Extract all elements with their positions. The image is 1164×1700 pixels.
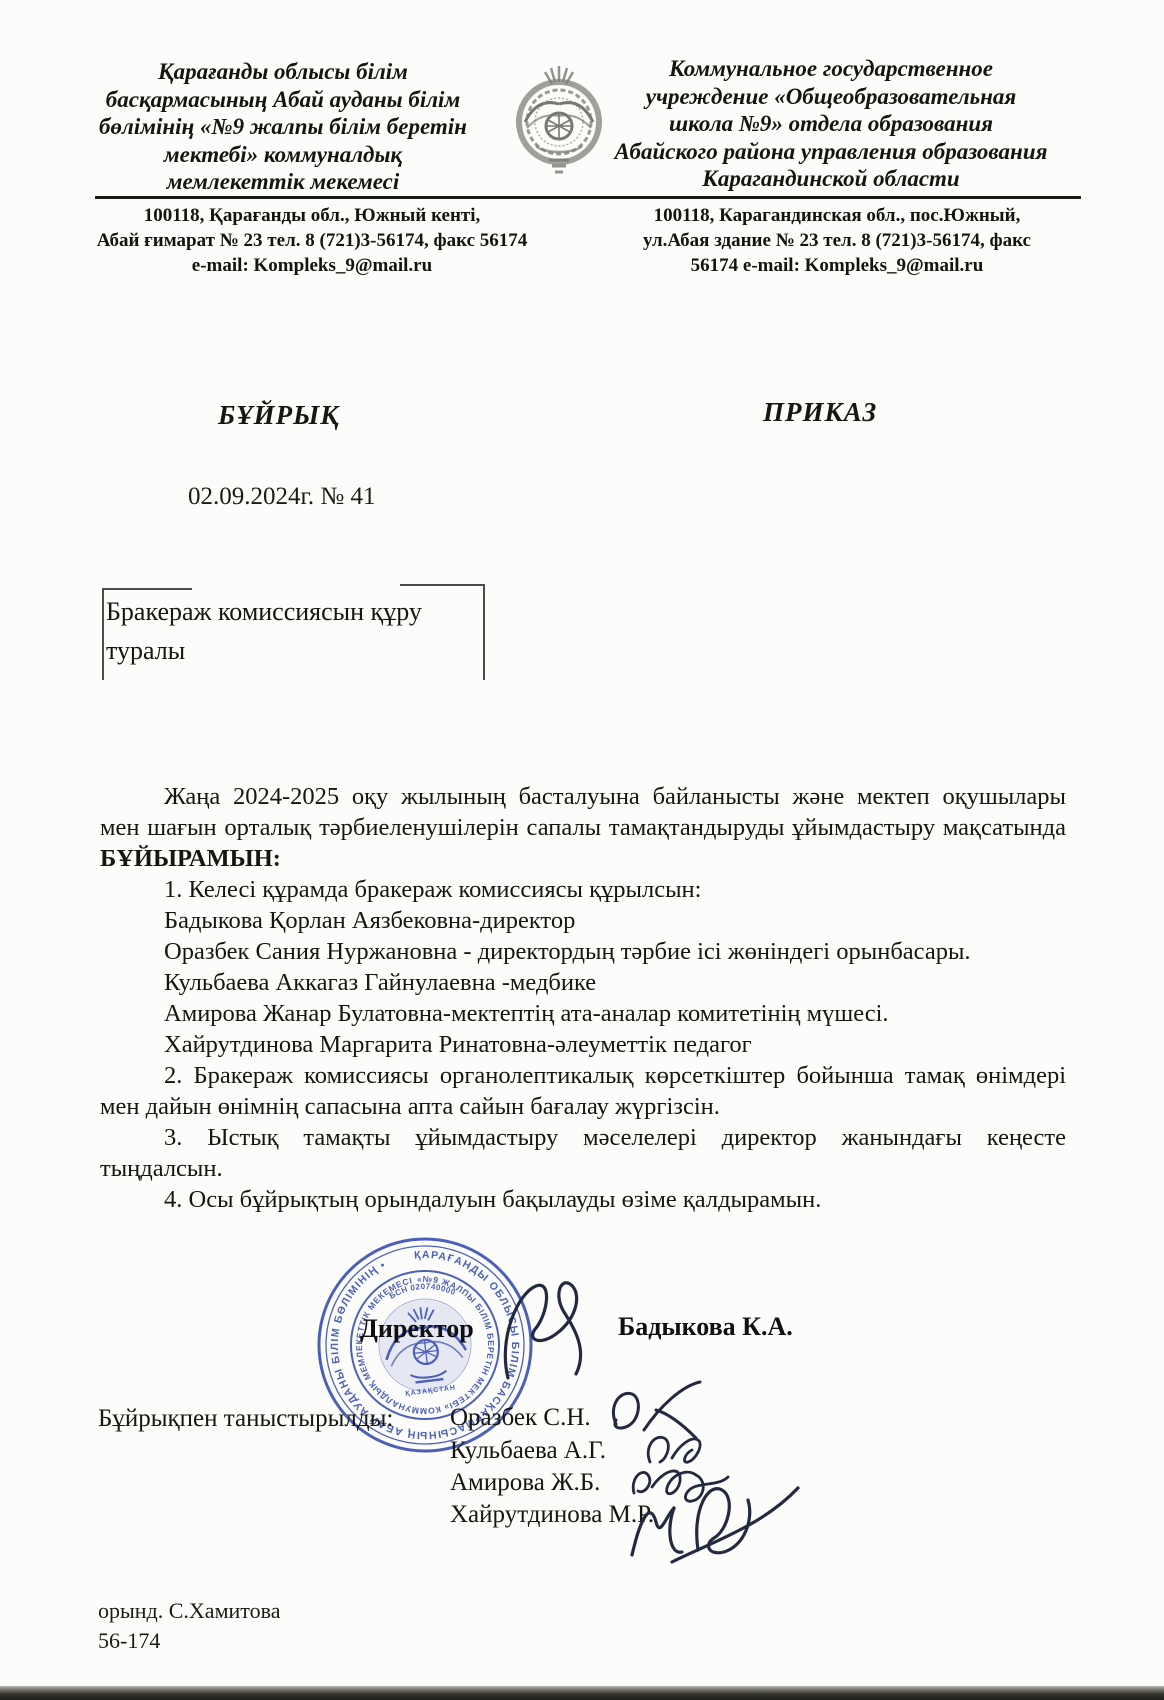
order-subject-line: Бракераж комиссиясын құру [106,592,478,631]
org-address-russian: 100118, Карагандинская обл., пос.Южный, … [598,203,1076,278]
org-name-russian-line: учреждение «Общеобразовательная [585,83,1077,111]
org-address-russian-line: ул.Абая здание № 23 тел. 8 (721)3-56174,… [598,228,1076,253]
org-name-russian-line: Карагандинской области [585,165,1077,193]
subject-box-line [102,588,192,590]
body-line: 1. Келесі құрамда бракераж комиссиясы құ… [100,874,1066,905]
org-address-russian-line: 56174 e-mail: Kompleks_9@mail.ru [598,253,1076,278]
acquainted-name: Оразбек С.Н. [450,1404,591,1432]
acquainted-label: Бұйрықпен таныстырылды: [98,1405,393,1433]
subject-box-line [400,584,485,586]
executor-phone: 56-174 [98,1628,160,1654]
org-name-kazakh-line: Қарағанды облысы білім [92,58,474,86]
body-line: 4. Осы бұйрықтың орындалуын бақылауды өз… [100,1184,1066,1215]
order-date-number: 02.09.2024г. № 41 [188,483,376,511]
order-subject: Бракераж комиссиясын құру туралы [106,592,478,670]
order-title-russian: ПРИКАЗ [763,397,877,428]
org-address-kazakh: 100118, Қарағанды обл., Южный кенті, Аба… [92,203,532,278]
order-title-kazakh: БҰЙРЫҚ [218,400,340,431]
org-address-russian-line: 100118, Карагандинская обл., пос.Южный, [598,203,1076,228]
org-name-kazakh-line: мектебі» коммуналдық [92,141,474,169]
org-name-kazakh-line: бөлімінің «№9 жалпы білім беретін [92,113,474,141]
body-line: тыңдалсын. [100,1153,1066,1184]
director-name: Бадыкова К.А. [618,1312,793,1342]
subject-box-line [483,584,485,680]
director-label: Директор [360,1314,474,1344]
body-line: 2. Бракераж комиссиясы органолептикалық … [100,1060,1066,1091]
org-name-kazakh-line: мемлекеттік мекемесі [92,168,474,196]
org-address-kazakh-line: Абай ғимарат № 23 тел. 8 (721)3-56174, ф… [92,228,532,253]
body-line: 3. Ыстық тамақты ұйымдастыру мәселелері … [100,1122,1066,1153]
body-line: Амирова Жанар Булатовна-мектептің ата-ан… [100,998,1066,1029]
order-subject-line: туралы [106,631,478,670]
body-line: Кульбаева Аккагаз Гайнулаевна -медбике [100,967,1066,998]
org-name-russian-line: школа №9» отдела образования [585,110,1077,138]
org-name-russian-line: Коммунальное государственное [585,55,1077,83]
org-name-kazakh: Қарағанды облысы білім басқармасының Аба… [92,58,474,196]
subject-box-line [102,588,104,680]
org-name-russian: Коммунальное государственное учреждение … [585,55,1077,193]
acquainted-name: Кульбаева А.Г. [450,1437,606,1465]
org-name-russian-line: Абайского района управления образования [585,138,1077,166]
director-signature [478,1268,628,1388]
scan-edge-artifact [0,1686,1164,1700]
body-line: Оразбек Сания Нуржановна - директордың т… [100,936,1066,967]
org-name-kazakh-line: басқармасының Абай ауданы білім [92,86,474,114]
order-body: Жаңа 2024-2025 оқу жылының басталуына ба… [100,781,1066,1215]
scanned-order-document: Қарағанды облысы білім басқармасының Аба… [0,0,1164,1700]
header-divider [95,196,1081,199]
org-address-kazakh-line: e-mail: Kompleks_9@mail.ru [92,253,532,278]
body-line: Бадыкова Қорлан Аязбековна-директор [100,905,1066,936]
org-address-kazakh-line: 100118, Қарағанды обл., Южный кенті, [92,203,532,228]
signature-khayrutdinova [612,1460,812,1580]
acquainted-name: Амирова Ж.Б. [450,1469,600,1497]
body-line: мен дайын өнімнің сапасына апта сайын ба… [100,1091,1066,1122]
body-line: БҰЙЫРАМЫН: [100,843,1066,874]
body-line: Жаңа 2024-2025 оқу жылының басталуына ба… [100,781,1066,812]
executor-name: орынд. С.Хамитова [98,1598,280,1624]
body-line: мен шағын орталық тәрбиеленушілерін сапа… [100,812,1066,843]
body-line: Хайрутдинова Маргарита Ринатовна-әлеумет… [100,1029,1066,1060]
